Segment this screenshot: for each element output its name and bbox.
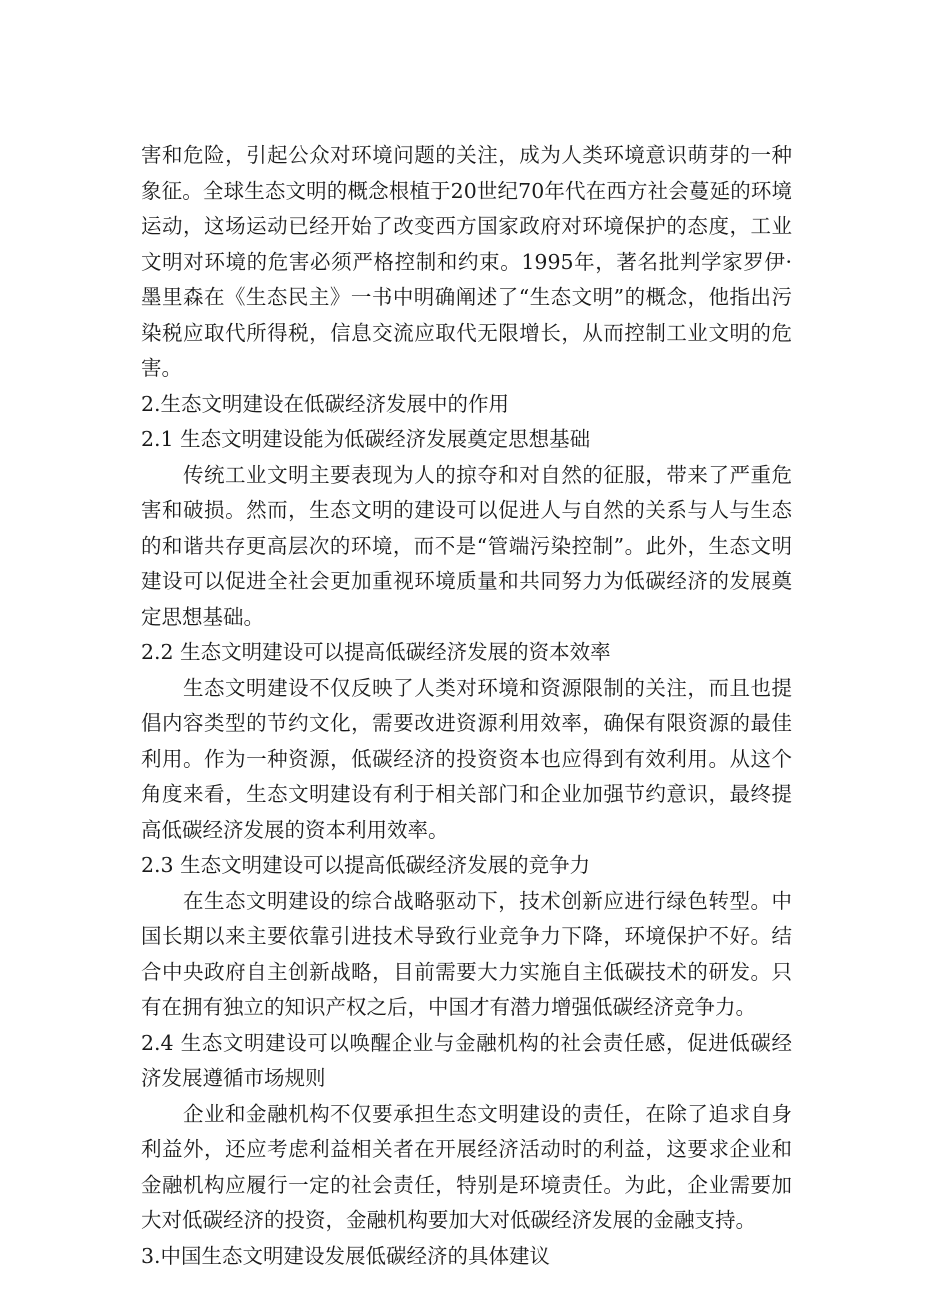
section-heading-3: 3.中国生态文明建设发展低碳经济的具体建议 xyxy=(141,1239,792,1275)
subsection-heading-2-3: 2.3 生态文明建设可以提高低碳经济发展的竞争力 xyxy=(141,848,792,884)
section-heading-2: 2.生态文明建设在低碳经济发展中的作用 xyxy=(141,387,792,423)
subsection-heading-2-2: 2.2 生态文明建设可以提高低碳经济发展的资本效率 xyxy=(141,635,792,671)
subsection-heading-2-1: 2.1 生态文明建设能为低碳经济发展奠定思想基础 xyxy=(141,422,792,458)
paragraph-intro-continuation: 害和危险，引起公众对环境问题的关注，成为人类环境意识萌芽的一种象征。全球生态文明… xyxy=(141,138,792,387)
paragraph-2-1: 传统工业文明主要表现为人的掠夺和对自然的征服，带来了严重危害和破损。然而，生态文… xyxy=(141,458,792,636)
document-page: 害和危险，引起公众对环境问题的关注，成为人类环境意识萌芽的一种象征。全球生态文明… xyxy=(141,138,792,1274)
paragraph-2-4: 企业和金融机构不仅要承担生态文明建设的责任，在除了追求自身利益外，还应考虑利益相… xyxy=(141,1097,792,1239)
paragraph-2-2: 生态文明建设不仅反映了人类对环境和资源限制的关注，而且也提倡内容类型的节约文化，… xyxy=(141,671,792,849)
subsection-heading-2-4: 2.4 生态文明建设可以唤醒企业与金融机构的社会责任感，促进低碳经济发展遵循市场… xyxy=(141,1026,792,1097)
paragraph-2-3: 在生态文明建设的综合战略驱动下，技术创新应进行绿色转型。中国长期以来主要依靠引进… xyxy=(141,884,792,1026)
